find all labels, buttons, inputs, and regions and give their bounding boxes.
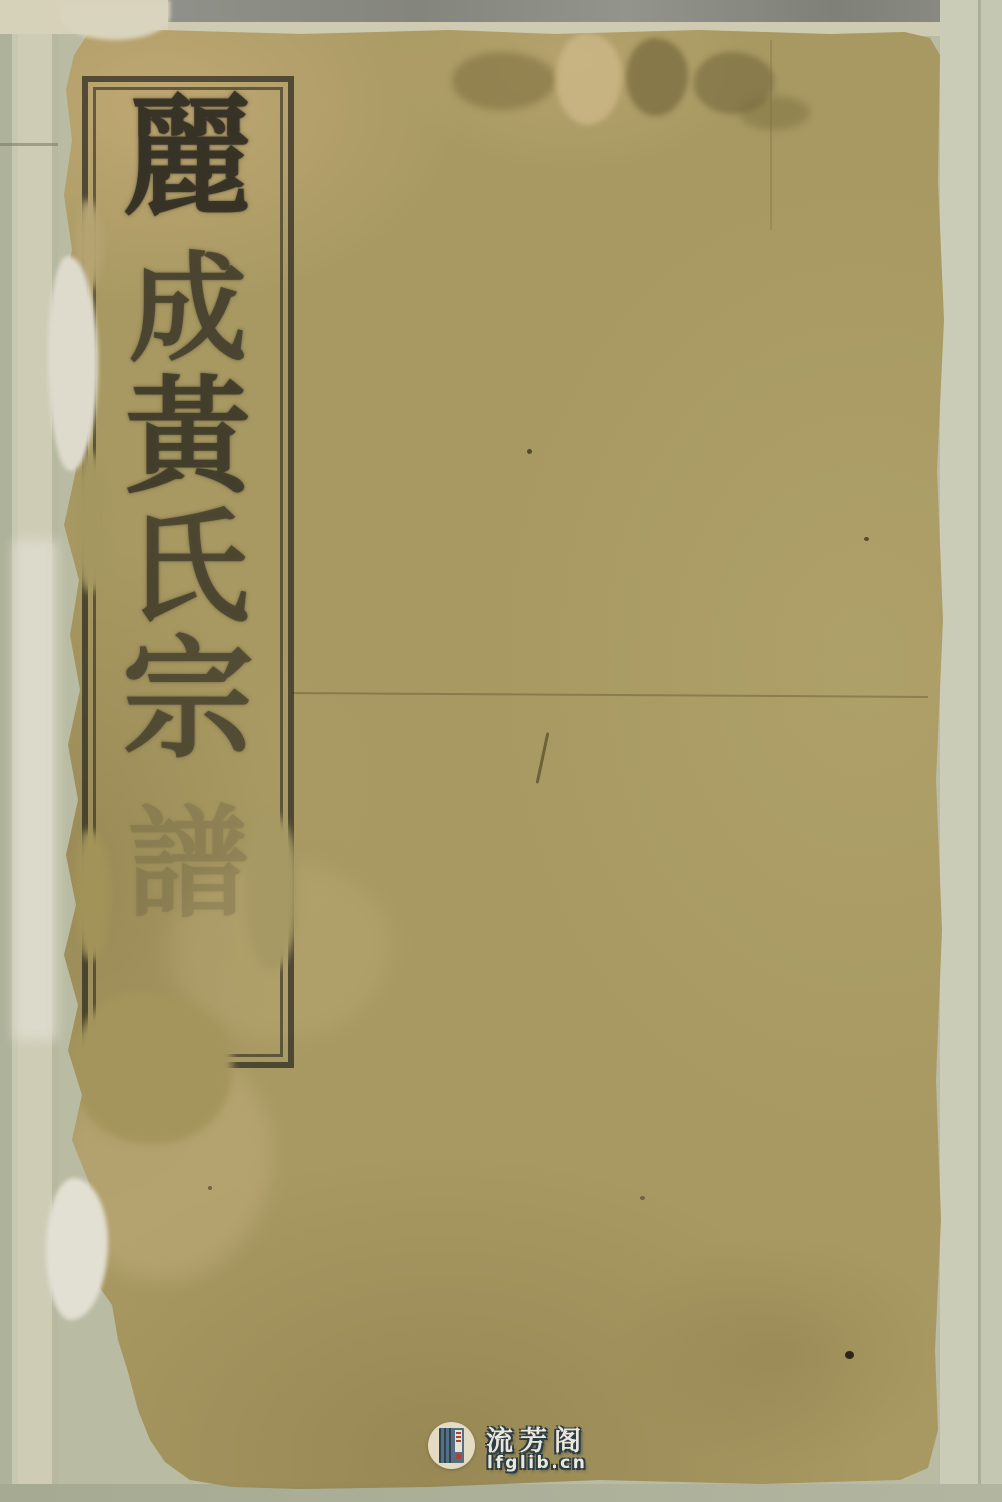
ink-spot — [864, 537, 869, 541]
backing-paper-patch — [46, 1178, 108, 1320]
watermark-circle — [428, 1422, 475, 1469]
title-character-5: 宗 — [88, 634, 288, 766]
mount-left-crease — [0, 143, 58, 146]
ink-streak — [536, 732, 550, 783]
ink-spot — [845, 1351, 854, 1359]
site-watermark: 流芳阁 lfglib.cn — [428, 1417, 598, 1479]
worn-light-patch — [556, 33, 622, 125]
mount-left-highlight — [14, 540, 56, 1040]
ink-spot — [208, 1186, 212, 1190]
title-slip: 麗 成 黃 氏 宗 譜 — [82, 76, 294, 1068]
title-character-1: 麗 — [88, 92, 288, 224]
mount-bottom-strip — [0, 1484, 1002, 1502]
torn-remnant-patch — [626, 38, 688, 116]
red-seal-mark — [456, 1454, 461, 1459]
scan-canvas: 麗 成 黃 氏 宗 譜 流芳阁 lfglib.cn — [0, 0, 1002, 1502]
book-cover-page: 麗 成 黃 氏 宗 譜 — [0, 0, 1002, 1502]
book-label-text-marks — [456, 1432, 461, 1442]
horizontal-crease — [292, 692, 928, 698]
watermark-site-url: lfglib.cn — [487, 1453, 599, 1473]
title-character-6-faded: 譜 — [88, 804, 288, 924]
vertical-crease — [770, 40, 772, 230]
title-character-2: 成 — [88, 250, 288, 368]
ink-spot — [527, 449, 532, 454]
frame-worn-gap — [72, 994, 232, 1144]
book-title-label — [455, 1430, 462, 1452]
ink-spot — [640, 1196, 645, 1200]
mount-right-strip — [940, 0, 1002, 1502]
torn-remnant-patch — [452, 52, 556, 110]
stitched-book-icon — [439, 1428, 464, 1463]
mount-top-gray-band — [168, 0, 1002, 24]
torn-remnant-patch — [740, 96, 810, 130]
title-character-4: 氏 — [88, 506, 288, 628]
title-character-3: 黃 — [88, 374, 288, 500]
